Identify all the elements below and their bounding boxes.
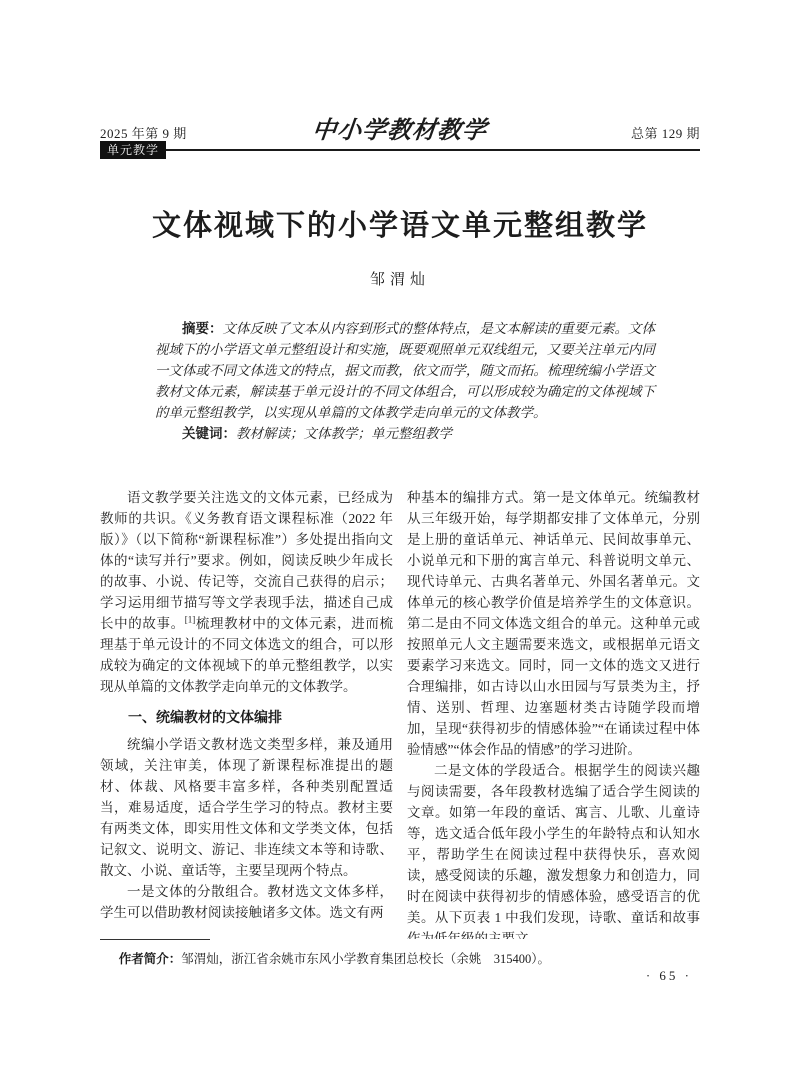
paragraph: 统编小学语文教材选文类型多样，兼及通用领域，关注审美，体现了新课程标准提出的题材… (100, 734, 393, 881)
paragraph: 一是文体的分散组合。教材选文文体多样，学生可以借助教材阅读接触诸多文体。选文有两 (100, 881, 393, 923)
body-columns: 语文教学要关注选文的文体元素，已经成为教师的共识。《义务教育语文课程标准（202… (100, 487, 700, 939)
author-bio: 作者简介：邹渭灿，浙江省余姚市东风小学教育集团总校长（余姚 315400）。 (100, 950, 700, 969)
journal-title: 中小学教材教学 (268, 110, 532, 145)
abstract-label: 摘要： (182, 321, 223, 336)
footnote-reference: [1] (185, 615, 196, 625)
issue-number-left: 2025 年第 9 期 (100, 123, 270, 142)
article-title: 文体视域下的小学语文单元整组教学 (0, 203, 800, 244)
keywords-line: 关键词：教材解读；文体教学；单元整组教学 (155, 423, 655, 444)
paragraph: 二是文体的学段适合。根据学生的阅读兴趣与阅读需要，各年段教材选编了适合学生阅读的… (407, 760, 700, 939)
footnote-rule (100, 939, 210, 940)
author-bio-text: 邹渭灿，浙江省余姚市东风小学教育集团总校长（余姚 315400）。 (181, 952, 550, 966)
abstract-text: 文体反映了文本从内容到形式的整体特点，是文本解读的重要元素。文体视域下的小学语文… (155, 321, 655, 420)
page-header: 2025 年第 9 期 中小学教材教学 总第 129 期 (100, 110, 700, 145)
abstract-paragraph: 摘要：文体反映了文本从内容到形式的整体特点，是文本解读的重要元素。文体视域下的小… (155, 318, 655, 423)
page-number: · 65 · (646, 968, 692, 984)
header-rule (166, 149, 700, 151)
section-heading: 一、统编教材的文体编排 (100, 707, 393, 728)
right-column: 种基本的编排方式。第一是文体单元。统编教材从三年级开始，每学期都安排了文体单元，… (407, 487, 700, 939)
paragraph-text: 语文教学要关注选文的文体元素，已经成为教师的共识。《义务教育语文课程标准（202… (100, 490, 393, 631)
keywords-text: 教材解读；文体教学；单元整组教学 (236, 426, 452, 441)
article-author: 邹渭灿 (0, 268, 800, 289)
journal-page: 2025 年第 9 期 中小学教材教学 总第 129 期 单元教学 文体视域下的… (0, 0, 800, 1077)
issue-number-right: 总第 129 期 (530, 123, 700, 142)
abstract-block: 摘要：文体反映了文本从内容到形式的整体特点，是文本解读的重要元素。文体视域下的小… (155, 318, 655, 444)
header-rule-row: 单元教学 (100, 141, 700, 159)
section-badge: 单元教学 (100, 141, 166, 159)
keywords-label: 关键词： (182, 426, 236, 441)
paragraph: 种基本的编排方式。第一是文体单元。统编教材从三年级开始，每学期都安排了文体单元，… (407, 487, 700, 760)
paragraph: 语文教学要关注选文的文体元素，已经成为教师的共识。《义务教育语文课程标准（202… (100, 487, 393, 697)
author-bio-label: 作者简介： (119, 952, 182, 966)
left-column: 语文教学要关注选文的文体元素，已经成为教师的共识。《义务教育语文课程标准（202… (100, 487, 393, 939)
